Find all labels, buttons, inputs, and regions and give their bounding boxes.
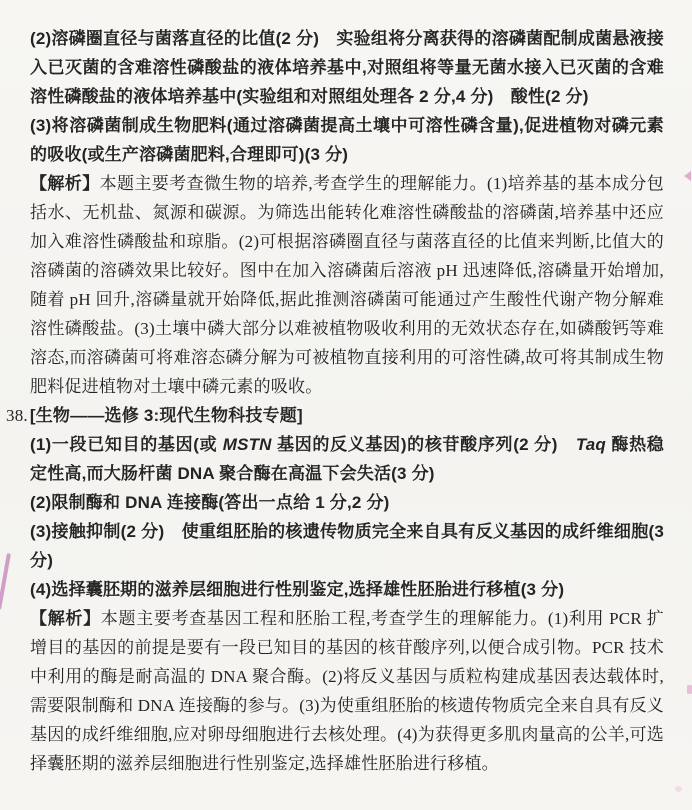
pink-scan-mark-right-upper — [684, 171, 691, 181]
question-38-heading: 38.[生物——选修 3:现代生物科技专题] — [30, 401, 664, 430]
q38-answer1-text-b: 基因的反义基因)的核苷酸序列(2 分) — [272, 435, 576, 454]
answer-paragraph-q37-item2: (2)溶磷圈直径与菌落直径的比值(2 分) 实验组将分离获得的溶磷菌配制成菌悬液… — [30, 24, 664, 111]
pink-scan-mark-left — [0, 553, 11, 610]
question-38-title: [生物——选修 3:现代生物科技专题] — [30, 406, 303, 425]
analysis-body-q38: 本题主要考查基因工程和胚胎工程,考查学生的理解能力。(1)利用 PCR 扩增目的… — [30, 609, 664, 773]
analysis-label-q38: 【解析】 — [30, 609, 101, 628]
pink-scan-mark-right-lower — [687, 685, 692, 694]
scanned-exam-answer-page: (2)溶磷圈直径与菌落直径的比值(2 分) 实验组将分离获得的溶磷菌配制成菌悬液… — [0, 0, 692, 810]
answer-paragraph-q38-item1: (1)一段已知目的基因(或 MSTN 基因的反义基因)的核苷酸序列(2 分) T… — [30, 430, 664, 488]
answer-paragraph-q38-item3: (3)接触抑制(2 分) 使重组胚胎的核遗传物质完全来自具有反义基因的成纤维细胞… — [30, 517, 664, 575]
q38-answer1-text-a: (1)一段已知目的基因(或 — [30, 435, 223, 454]
q38-enzyme-name-taq: Taq — [576, 435, 606, 454]
answer-paragraph-q38-item2: (2)限制酶和 DNA 连接酶(答出一点给 1 分,2 分) — [30, 488, 664, 517]
answer-paragraph-q38-item4: (4)选择囊胚期的滋养层细胞进行性别鉴定,选择雄性胚胎进行移植(3 分) — [30, 575, 664, 604]
document-content: (2)溶磷圈直径与菌落直径的比值(2 分) 实验组将分离获得的溶磷菌配制成菌悬液… — [30, 24, 664, 778]
question-38-number: 38. — [6, 406, 30, 425]
analysis-body-q37: 本题主要考查微生物的培养,考查学生的理解能力。(1)培养基的基本成分包括水、无机… — [30, 174, 664, 396]
analysis-paragraph-q38: 【解析】本题主要考查基因工程和胚胎工程,考查学生的理解能力。(1)利用 PCR … — [30, 604, 664, 778]
pink-scan-smudge-bottom — [675, 786, 682, 792]
q38-gene-name-mstn: MSTN — [223, 435, 272, 454]
analysis-label-q37: 【解析】 — [30, 174, 100, 193]
answer-paragraph-q37-item3: (3)将溶磷菌制成生物肥料(通过溶磷菌提高土壤中可溶性磷含量),促进植物对磷元素… — [30, 111, 664, 169]
analysis-paragraph-q37: 【解析】本题主要考查微生物的培养,考查学生的理解能力。(1)培养基的基本成分包括… — [30, 169, 664, 401]
